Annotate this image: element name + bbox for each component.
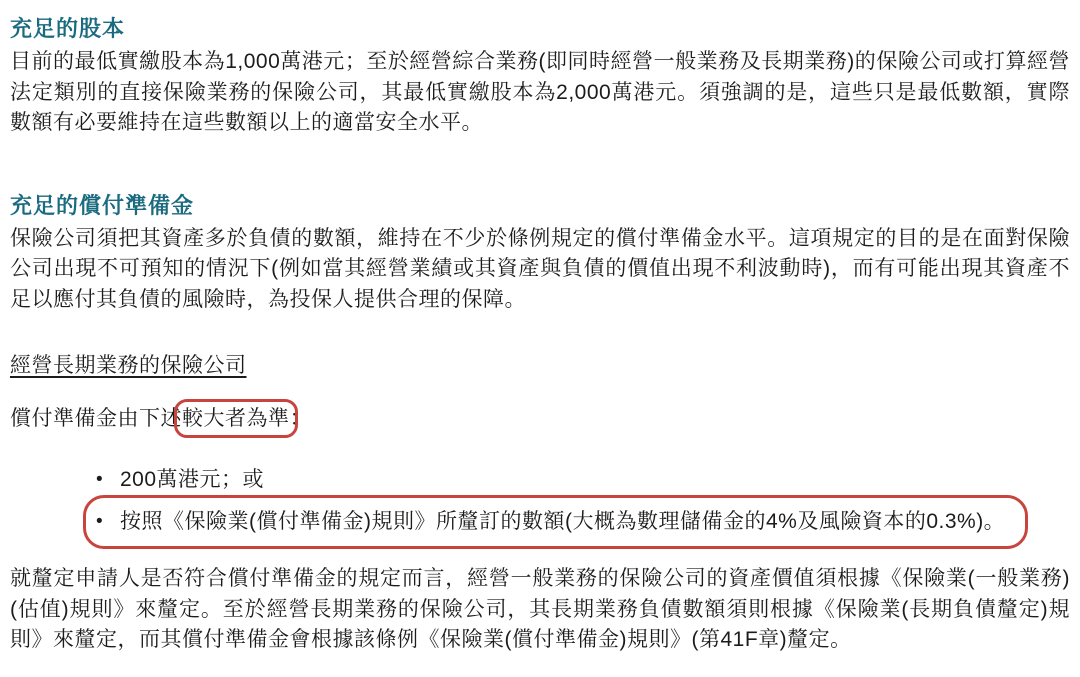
list-item-text: 200萬港元；或 (120, 466, 264, 494)
bullet-icon: • (96, 508, 120, 536)
basis-line-prefix: 償付準備金由下述 (10, 407, 182, 430)
subheading-longterm-insurers: 經營長期業務的保險公司 (10, 353, 1070, 379)
basis-line-suffix: ： (290, 407, 312, 430)
highlight-box-rules-bullet: • 按照《保險業(償付準備金)規則》所釐訂的數額(大概為數理儲備金的4%及風險資… (96, 508, 1015, 536)
closing-paragraph: 就釐定申請人是否符合償付準備金的規定而言，經營一般業務的保險公司的資產價值須根據… (10, 564, 1070, 656)
highlight-box-greater-of: 較大者為準 (182, 407, 290, 430)
solvency-paragraph: 保險公司須把其資產多於負債的數額，維持在不少於條例規定的償付準備金水平。這項規定… (10, 224, 1070, 316)
bullet-icon: • (96, 466, 120, 494)
document-page: 充足的股本 目前的最低實繳股本為1,000萬港元；至於經營綜合業務(即同時經營一… (0, 0, 1080, 677)
solvency-basis-line: 償付準備金由下述較大者為準： (10, 406, 1070, 432)
bullet-list: • 200萬港元；或 • 按照《保險業(償付準備金)規則》所釐訂的數額(大概為數… (10, 466, 1070, 536)
section-heading-capital: 充足的股本 (10, 16, 1070, 42)
section-heading-solvency: 充足的償付準備金 (10, 193, 1070, 219)
capital-paragraph: 目前的最低實繳股本為1,000萬港元；至於經營綜合業務(即同時經營一般業務及長期… (10, 47, 1070, 139)
list-item-text: 按照《保險業(償付準備金)規則》所釐訂的數額(大概為數理儲備金的4%及風險資本的… (120, 508, 1005, 536)
list-item-amount: • 200萬港元；或 (96, 466, 264, 494)
